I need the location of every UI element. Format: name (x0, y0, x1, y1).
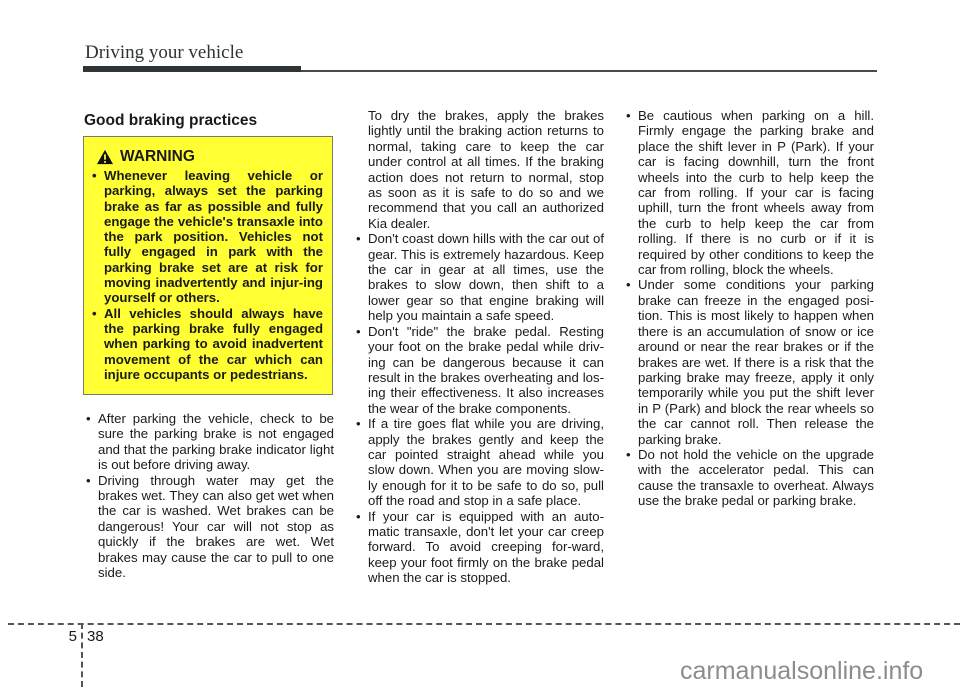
warning-triangle-icon (96, 149, 114, 165)
header-rule-thick (83, 66, 301, 72)
footer-dashed-rule (8, 623, 960, 625)
continuation-paragraph: To dry the brakes, apply the brakes ligh… (354, 108, 604, 231)
middle-column: To dry the brakes, apply the brakes ligh… (354, 108, 604, 586)
list-item: Under some conditions your parking brake… (624, 277, 874, 446)
right-column: Be cautious when parking on a hill. Firm… (624, 108, 874, 509)
bullet-list: Don't coast down hills with the car out … (354, 231, 604, 585)
warning-box: WARNING Whenever leaving vehicle or park… (83, 136, 333, 395)
header-rule-thin (301, 70, 877, 72)
watermark-link[interactable]: carmanualsonline.info (680, 657, 923, 685)
list-item: Be cautious when parking on a hill. Firm… (624, 108, 874, 277)
footer-dashed-divider (81, 623, 83, 687)
page-number: 38 (87, 628, 104, 645)
warning-item: Whenever leaving vehicle or parking, alw… (90, 168, 323, 306)
list-item: After parking the vehicle, check to be s… (84, 411, 334, 473)
warning-list: Whenever leaving vehicle or parking, alw… (84, 168, 332, 382)
section-number: 5 (60, 628, 77, 645)
list-item: If a tire goes flat while you are drivin… (354, 416, 604, 508)
section-heading: Good braking practices (84, 112, 334, 130)
warning-title: WARNING (96, 148, 332, 166)
bullet-list: Be cautious when parking on a hill. Firm… (624, 108, 874, 509)
bullet-list: After parking the vehicle, check to be s… (84, 411, 334, 580)
list-item: If your car is equipped with an auto-mat… (354, 509, 604, 586)
warning-item: All vehicles should always have the park… (90, 306, 323, 382)
list-item: Don't coast down hills with the car out … (354, 231, 604, 323)
warning-label: WARNING (120, 148, 195, 166)
list-item: Driving through water may get the brakes… (84, 473, 334, 581)
list-item: Do not hold the vehicle on the upgrade w… (624, 447, 874, 509)
list-item: Don't "ride" the brake pedal. Resting yo… (354, 324, 604, 416)
left-bullets: After parking the vehicle, check to be s… (84, 411, 334, 580)
chapter-title: Driving your vehicle (85, 42, 243, 64)
